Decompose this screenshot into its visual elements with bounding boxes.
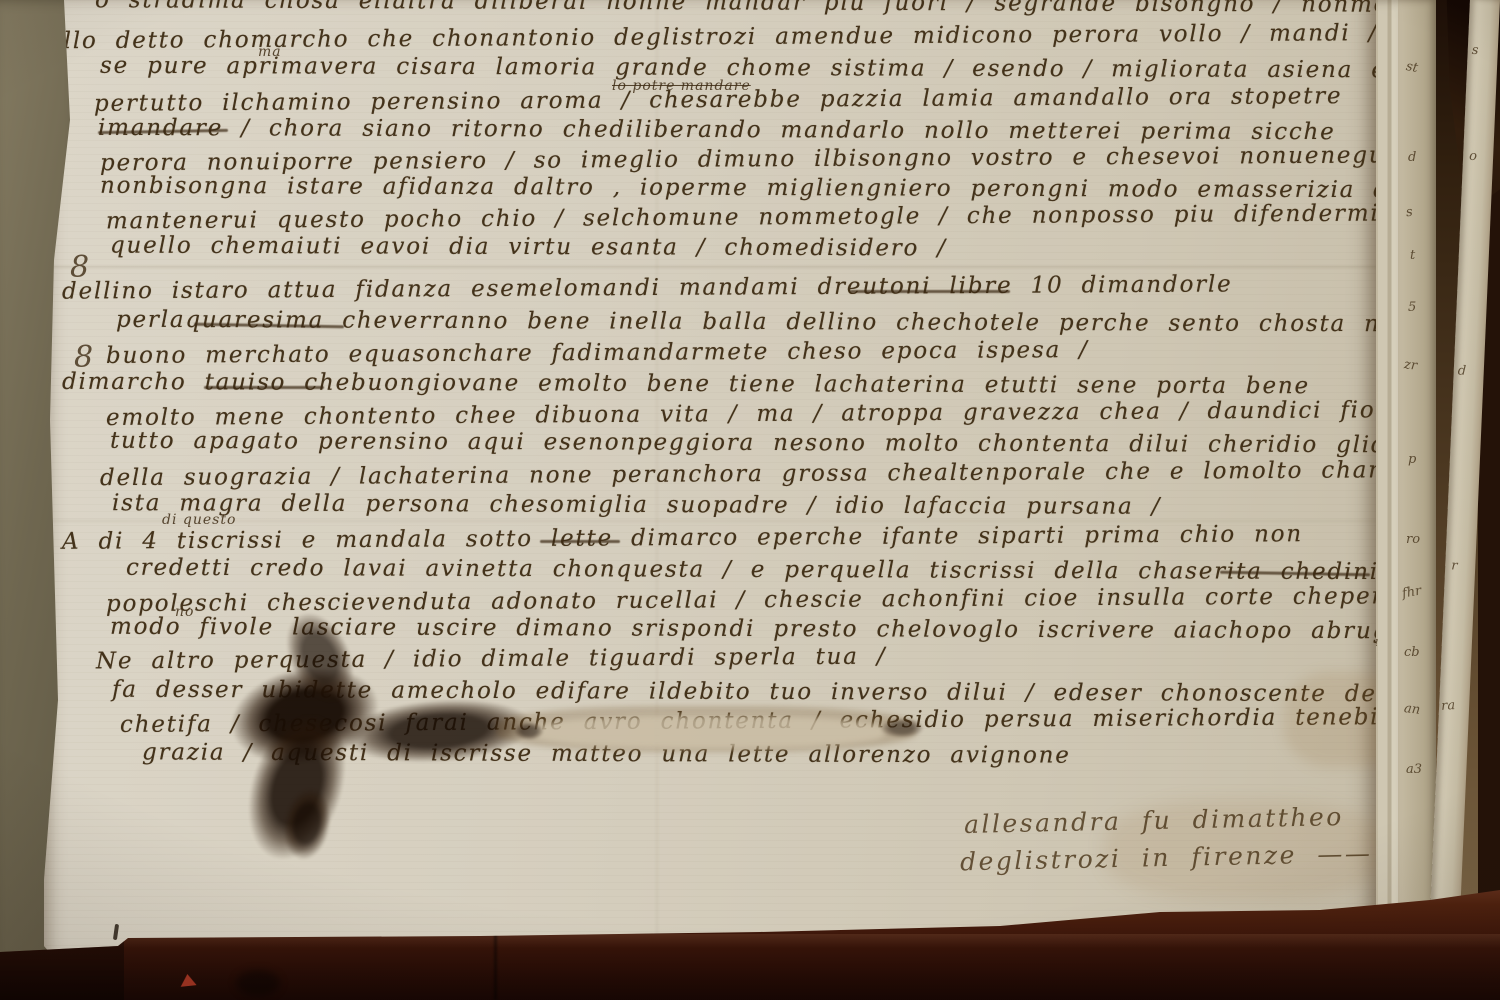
text-line: perlaquaresima cheverranno bene inella b… — [116, 307, 1376, 337]
interlinear-note: di questo — [162, 512, 236, 528]
red-triangle-marker — [179, 973, 196, 987]
text-line: A di 4 tiscrissi e mandala sotto lette d… — [62, 521, 1303, 555]
wood-seam — [494, 930, 497, 1000]
edge-text-fragment: an — [1403, 701, 1421, 718]
strikethrough-mark — [204, 386, 324, 389]
text-line: perora nonuiporre pensiero / so imeglio … — [100, 142, 1376, 177]
text-line: imandare / chora siano ritorno chedilibe… — [98, 115, 1336, 145]
text-line: dellino istaro attua fidanza esemelomand… — [62, 271, 1233, 304]
margin-flourish: 8 — [70, 250, 89, 285]
manuscript-page: o stradima chosa ellaltra diliberai nonn… — [44, 0, 1376, 980]
text-line: tutto apagato perensino aqui esenonpeggi… — [110, 428, 1376, 459]
edge-text-fragment: st — [1405, 59, 1419, 76]
fold-crease-horizontal — [44, 266, 1376, 268]
strikethrough-mark — [540, 540, 620, 543]
edge-text-fragment: 5 — [1408, 300, 1416, 315]
page-stack-edge-2: st d s t 5 zr p ro fhr cb an a3 — [1398, 0, 1438, 950]
edge-text-fragment: zr — [1403, 357, 1418, 373]
text-line: credetti credo lavai avinetta chonquesta… — [126, 555, 1376, 586]
interlinear-note: ma — [258, 44, 282, 60]
text-line: o stradima chosa ellaltra diliberai nonn… — [95, 0, 1376, 19]
ink-smear — [514, 722, 544, 740]
ink-smear — [534, 716, 884, 748]
text-line: ista magra della persona chesomiglia suo… — [112, 490, 1161, 520]
text-line: della suograzia / lachaterina none peran… — [100, 457, 1376, 491]
edge-text-fragment: d — [1408, 150, 1416, 165]
text-line: dimarcho tauiso chebuongiovane emolto be… — [62, 369, 1310, 399]
wood-shadow-spot — [236, 970, 280, 996]
text-line: quello chemaiuti eavoi dia virtu esanta … — [110, 233, 947, 262]
age-stain — [1284, 672, 1376, 767]
text-line: mantenerui questo pocho chio / selchomun… — [106, 200, 1376, 235]
edge-text-fragment: t — [1410, 248, 1415, 263]
edge-text-fragment: p — [1408, 452, 1416, 467]
edge-text-fragment: o — [1469, 149, 1477, 164]
ink-smear — [880, 718, 924, 738]
text-line: nonbisongna istare afidanza daltro , iop… — [100, 173, 1376, 204]
text-line: popoleschi chescievenduta adonato rucell… — [106, 583, 1376, 617]
debris-speck — [113, 924, 119, 940]
edge-text-fragment: r — [1451, 558, 1458, 573]
edge-text-fragment: s — [1405, 205, 1414, 221]
edge-text-fragment: ra — [1441, 698, 1456, 714]
edge-text-fragment: s — [1471, 43, 1478, 58]
text-line: emolto mene chontento chee dibuona vita … — [106, 397, 1376, 431]
edge-text-fragment: cb — [1404, 645, 1420, 660]
edge-text-fragment: d — [1457, 364, 1466, 379]
edge-text-fragment: a3 — [1406, 762, 1422, 777]
text-line: Ne altro perquesta / idio dimale tiguard… — [96, 644, 887, 675]
strikethrough-mark — [850, 290, 1010, 293]
edge-text-fragment: ro — [1406, 532, 1420, 547]
margin-flourish: 8 — [74, 340, 93, 375]
text-line: ollo detto chomarcho che chonantonio deg… — [48, 20, 1376, 54]
interlinear-note: lo potre mandare — [612, 78, 751, 94]
text-line: buono merchato equasonchare fadimandarme… — [106, 337, 1089, 369]
edge-text-fragment: fhr — [1401, 583, 1423, 601]
interlinear-note: no — [175, 604, 194, 620]
